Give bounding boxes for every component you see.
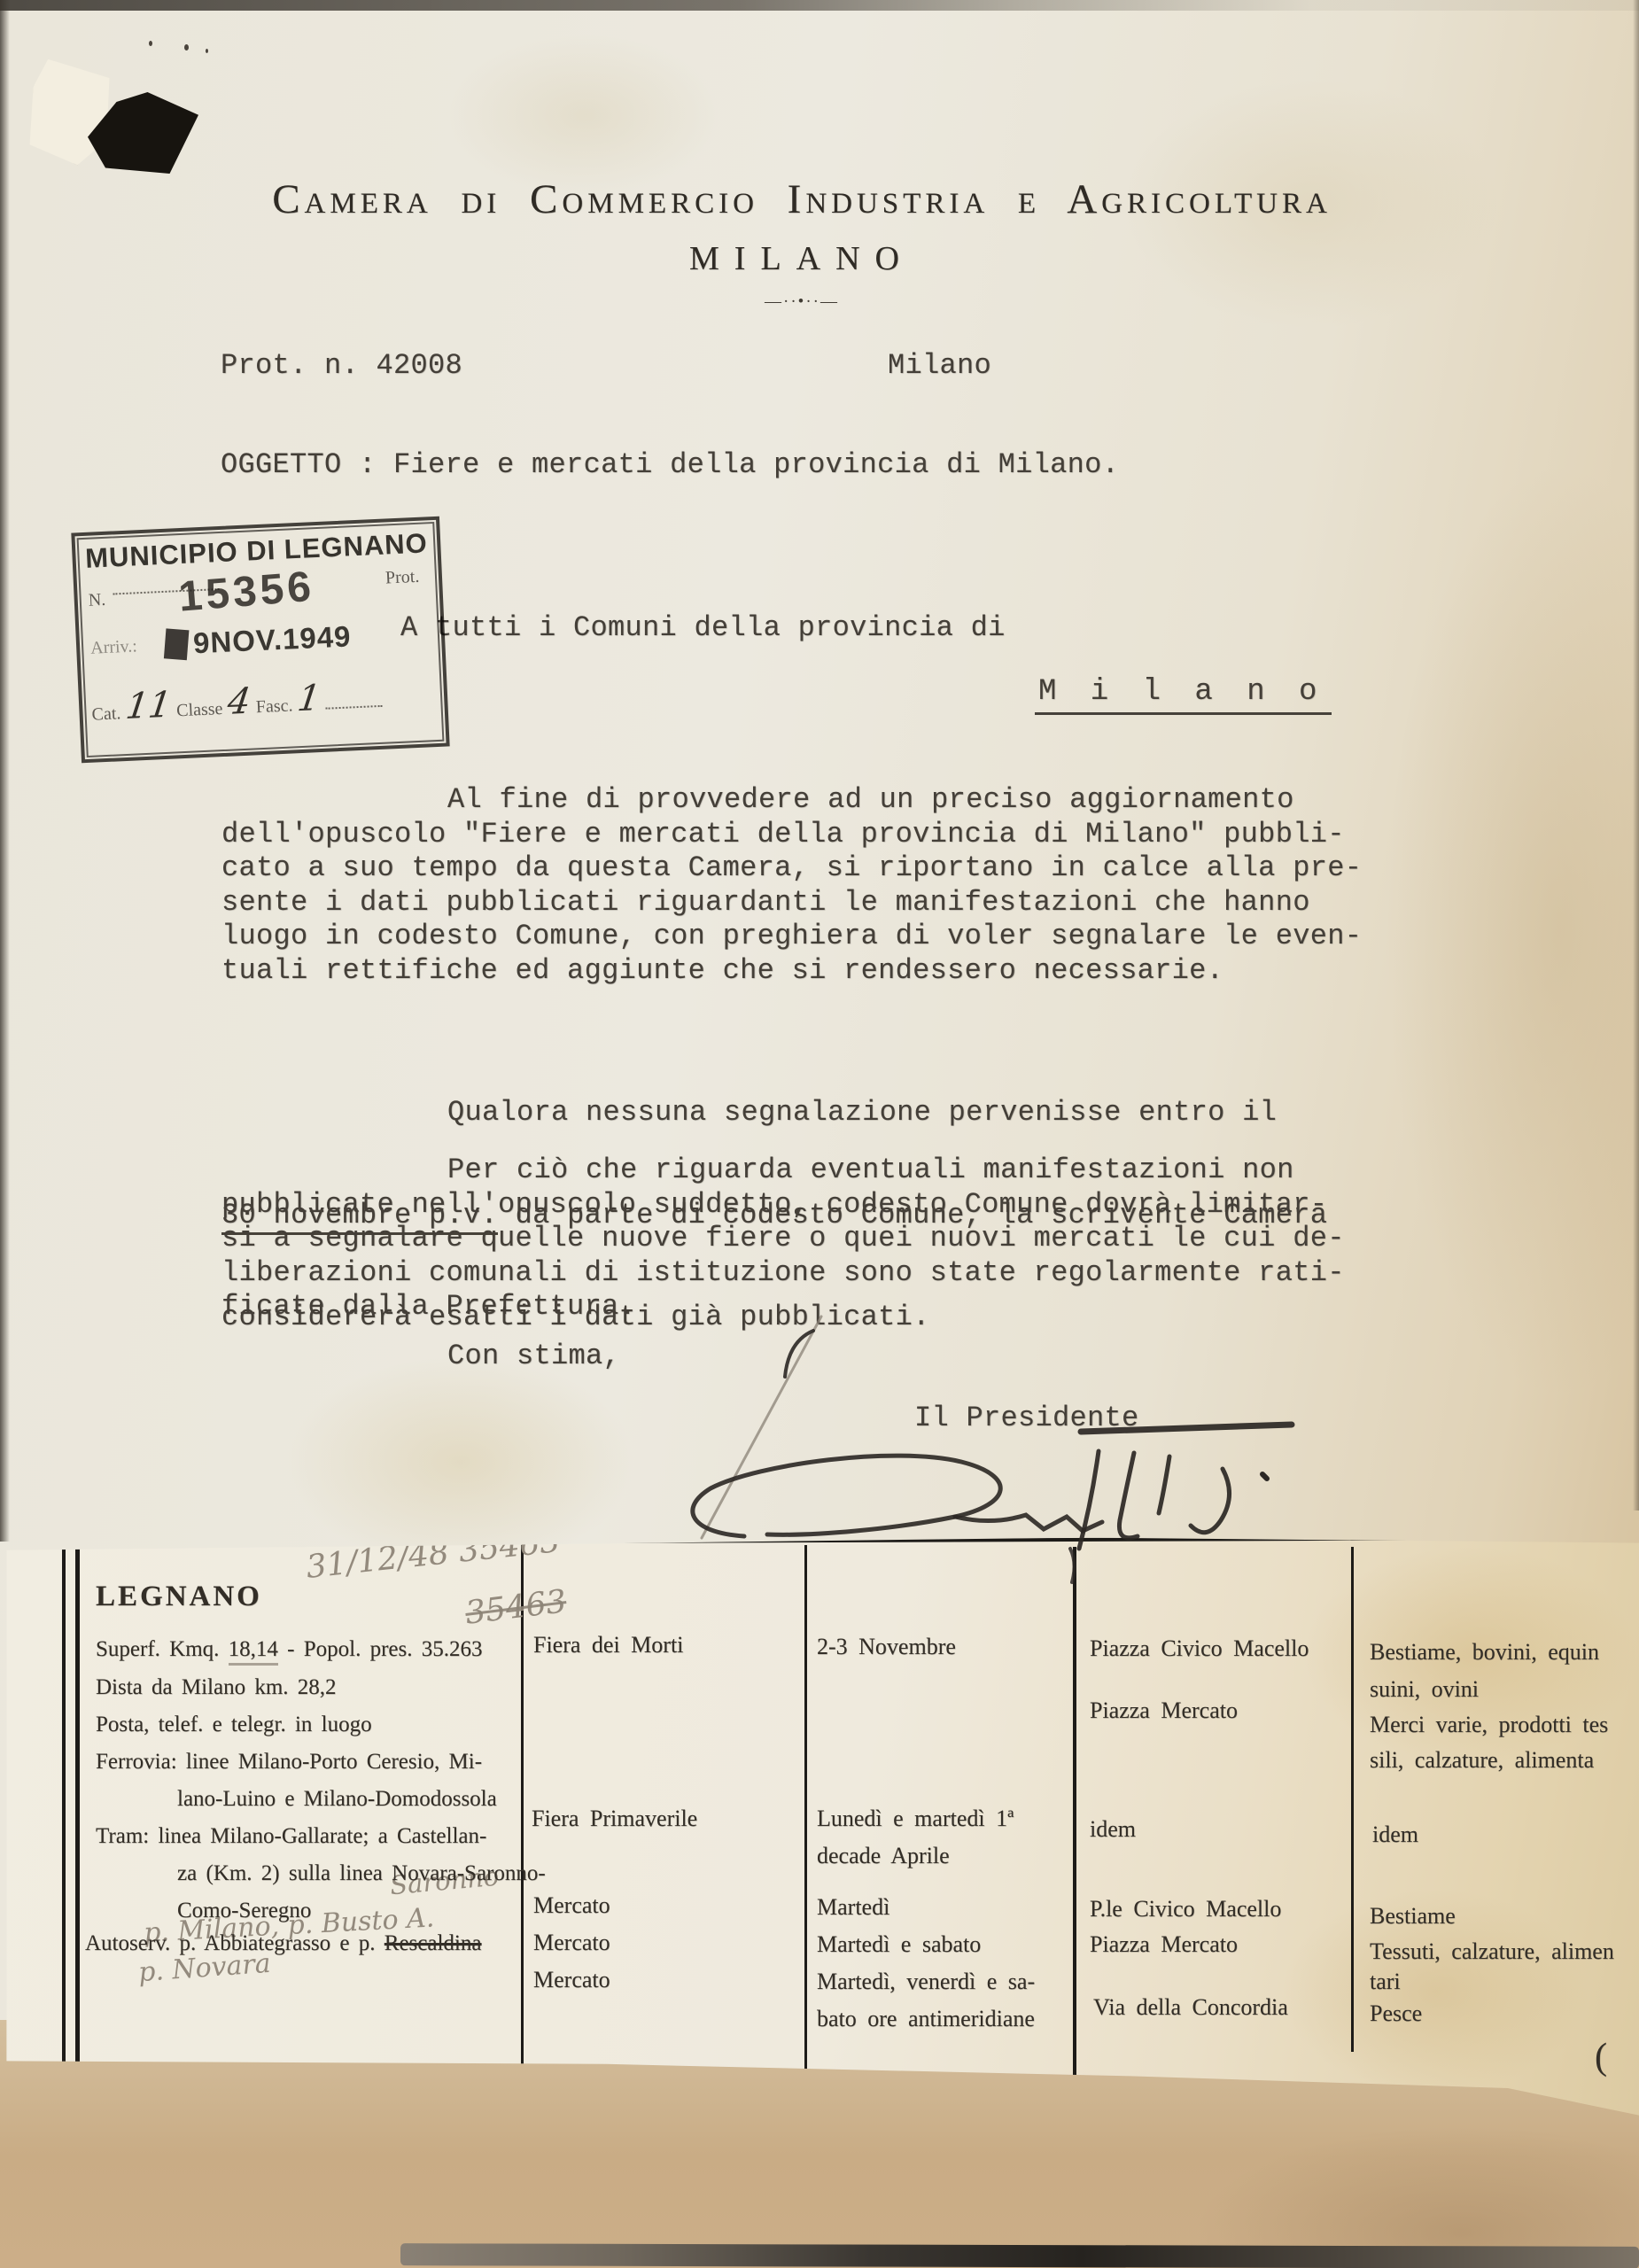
typed-line: liberazioni comunali di istituzione sono… [221, 1256, 1345, 1291]
event-date: decade Aprile [817, 1843, 950, 1869]
recipient-city: M i l a n o [1035, 675, 1332, 715]
event-name: Mercato [533, 1930, 610, 1956]
event-goods: Merci varie, prodotti tes [1370, 1712, 1608, 1738]
typed-line: ficate dalla Prefettura. [221, 1290, 1345, 1324]
typed-line: luogo in codesto Comune, con preghiera d… [221, 920, 1362, 954]
commune-tram-line-2: za (Km. 2) sulla linea Novara-Saronno- [177, 1861, 546, 1886]
commune-railway-line-2: lano-Luino e Milano-Domodossola [177, 1787, 497, 1812]
table-left-border-inner [75, 1543, 80, 2066]
stamp-cat-value: 11 [123, 685, 174, 728]
stamp-number-label: N. [88, 590, 105, 611]
body-paragraph-1: Al fine di provvedere ad un preciso aggi… [221, 783, 1362, 988]
event-location: P.le Civico Macello [1090, 1896, 1281, 1922]
stamp-classe-value: 4 [225, 680, 252, 722]
event-goods: suini, ovini [1370, 1676, 1479, 1703]
stamp-dotted-line [325, 689, 383, 710]
date-place: Milano [888, 349, 991, 382]
event-date: Martedì, venerdì e sa- [817, 1969, 1035, 1995]
table-column-rule-2 [804, 1545, 807, 2077]
commune-distance: Dista da Milano km. 28,2 [96, 1675, 337, 1700]
typed-line: Al fine di provvedere ad un preciso aggi… [221, 783, 1362, 818]
scan-edge-bottom [400, 2243, 1639, 2268]
commune-post-services: Posta, telef. e telegr. in luogo [96, 1713, 372, 1737]
table-left-border [62, 1543, 66, 2068]
event-goods: Bestiame [1370, 1903, 1456, 1930]
population-value: - Popol. pres. 35.263 [278, 1637, 483, 1661]
ink-speck [206, 49, 208, 53]
commune-tram-line-3: Como-Seregno [177, 1899, 311, 1923]
typed-line: pubblicate nell'opuscolo suddetto, codes… [221, 1188, 1345, 1223]
event-location: idem [1090, 1816, 1136, 1843]
protocol-number: Prot. n. 42008 [221, 349, 462, 382]
event-location: Piazza Civico Macello [1090, 1635, 1309, 1662]
typed-line: tuali rettifiche ed aggiunte che si rend… [221, 954, 1362, 989]
commune-surface-population: Superf. Kmq. 18,14 - Popol. pres. 35.263 [96, 1637, 482, 1662]
event-date: Martedì e sabato [817, 1931, 981, 1958]
event-location: Piazza Mercato [1090, 1697, 1238, 1724]
event-goods: Bestiame, bovini, equin [1370, 1639, 1599, 1666]
stray-parenthesis-mark: ( [1595, 2036, 1607, 2078]
fairs-table-clipping: 31/12/48 35463 35463 Saronno p. Milano, … [0, 1531, 1639, 2133]
stamp-classe-label: Classe [176, 699, 223, 720]
annotation-struck-number: 35463 [463, 1583, 569, 1632]
bus-services-text: Autoserv. p. Abbiategrasso e p. [85, 1931, 385, 1955]
table-column-rule-4 [1351, 1547, 1354, 2052]
stamp-prot-label: Prot. [385, 567, 419, 589]
closing-salutation: Con stima, [447, 1340, 620, 1372]
commune-railway-line-1: Ferrovia: linee Milano-Porto Ceresio, Mi… [96, 1750, 482, 1775]
letterhead-city: MILANO [0, 239, 1604, 278]
event-goods: idem [1372, 1821, 1418, 1848]
struck-rescaldina: Rescaldina [385, 1931, 482, 1955]
ink-speck [184, 44, 189, 50]
surface-value-underlined: 18,14 [229, 1637, 278, 1666]
event-goods: tari [1370, 1969, 1401, 1995]
scan-edge-top [0, 0, 1639, 11]
scan-edge-right [1633, 0, 1639, 1511]
signer-title: Il Presidente [914, 1402, 1139, 1434]
event-goods: Pesce [1370, 2000, 1422, 2027]
event-date: 2-3 Novembre [817, 1634, 956, 1660]
stamp-date: 9NOV.1949 [192, 619, 352, 660]
event-goods: Tessuti, calzature, alimen [1370, 1938, 1614, 1965]
commune-tram-line-1: Tram: linea Milano-Gallarate; a Castella… [96, 1824, 486, 1849]
event-name: Fiera dei Morti [533, 1632, 683, 1658]
typed-line: dell'opuscolo "Fiere e mercati della pro… [221, 818, 1362, 852]
scan-edge-left [0, 0, 10, 1542]
body-paragraph-3: Per ciò che riguarda eventuali manifesta… [221, 1153, 1345, 1324]
typed-line: cato a suo tempo da questa Camera, si ri… [221, 851, 1362, 886]
stamp-cat-label: Cat. [91, 703, 121, 724]
event-date: Martedì [817, 1894, 889, 1921]
stamp-fasc-label: Fasc. [255, 695, 293, 717]
typed-line: Per ciò che riguarda eventuali manifesta… [221, 1153, 1345, 1188]
typed-line: sente i dati pubblicati riguardanti le m… [221, 886, 1362, 920]
letterhead-divider-ornament: —··•··— [0, 292, 1604, 312]
stamp-arrival-label: Arriv.: [90, 636, 138, 658]
letterhead-org: Camera di Commercio Industria e Agricolt… [0, 175, 1604, 223]
scanned-letter-page: Camera di Commercio Industria e Agricolt… [0, 0, 1639, 2268]
event-name: Mercato [533, 1967, 610, 1993]
event-name: Mercato [533, 1892, 610, 1919]
event-date: Lunedì e martedì 1ª [817, 1806, 1014, 1832]
event-date: bato ore antimeridiane [817, 2006, 1035, 2032]
recipient-line: A tutti i Comuni della provincia di [400, 611, 1006, 644]
typed-line: si a segnalare quelle nuove fiere o quei… [221, 1222, 1345, 1256]
commune-bus-services: Autoserv. p. Abbiategrasso e p. Rescaldi… [85, 1931, 481, 1956]
subject-line: OGGETTO : Fiere e mercati della provinci… [221, 448, 1119, 481]
commune-name: LEGNANO [96, 1581, 262, 1613]
table-column-rule-3 [1073, 1547, 1076, 2082]
stamp-fasc-value: 1 [295, 678, 322, 719]
event-goods: sili, calzature, alimenta [1370, 1747, 1594, 1774]
stamp-ink-blob [164, 628, 190, 660]
typed-line: Qualora nessuna segnalazione pervenisse … [221, 1096, 1327, 1130]
event-location: Via della Concordia [1093, 1994, 1288, 2021]
registry-stamp: MUNICIPIO DI LEGNANO N. 15356 Prot. Arri… [71, 517, 449, 764]
event-name: Fiera Primaverile [532, 1806, 697, 1832]
ink-speck [149, 41, 152, 46]
event-location: Piazza Mercato [1090, 1931, 1238, 1958]
surface-label: Superf. Kmq. [96, 1637, 229, 1661]
